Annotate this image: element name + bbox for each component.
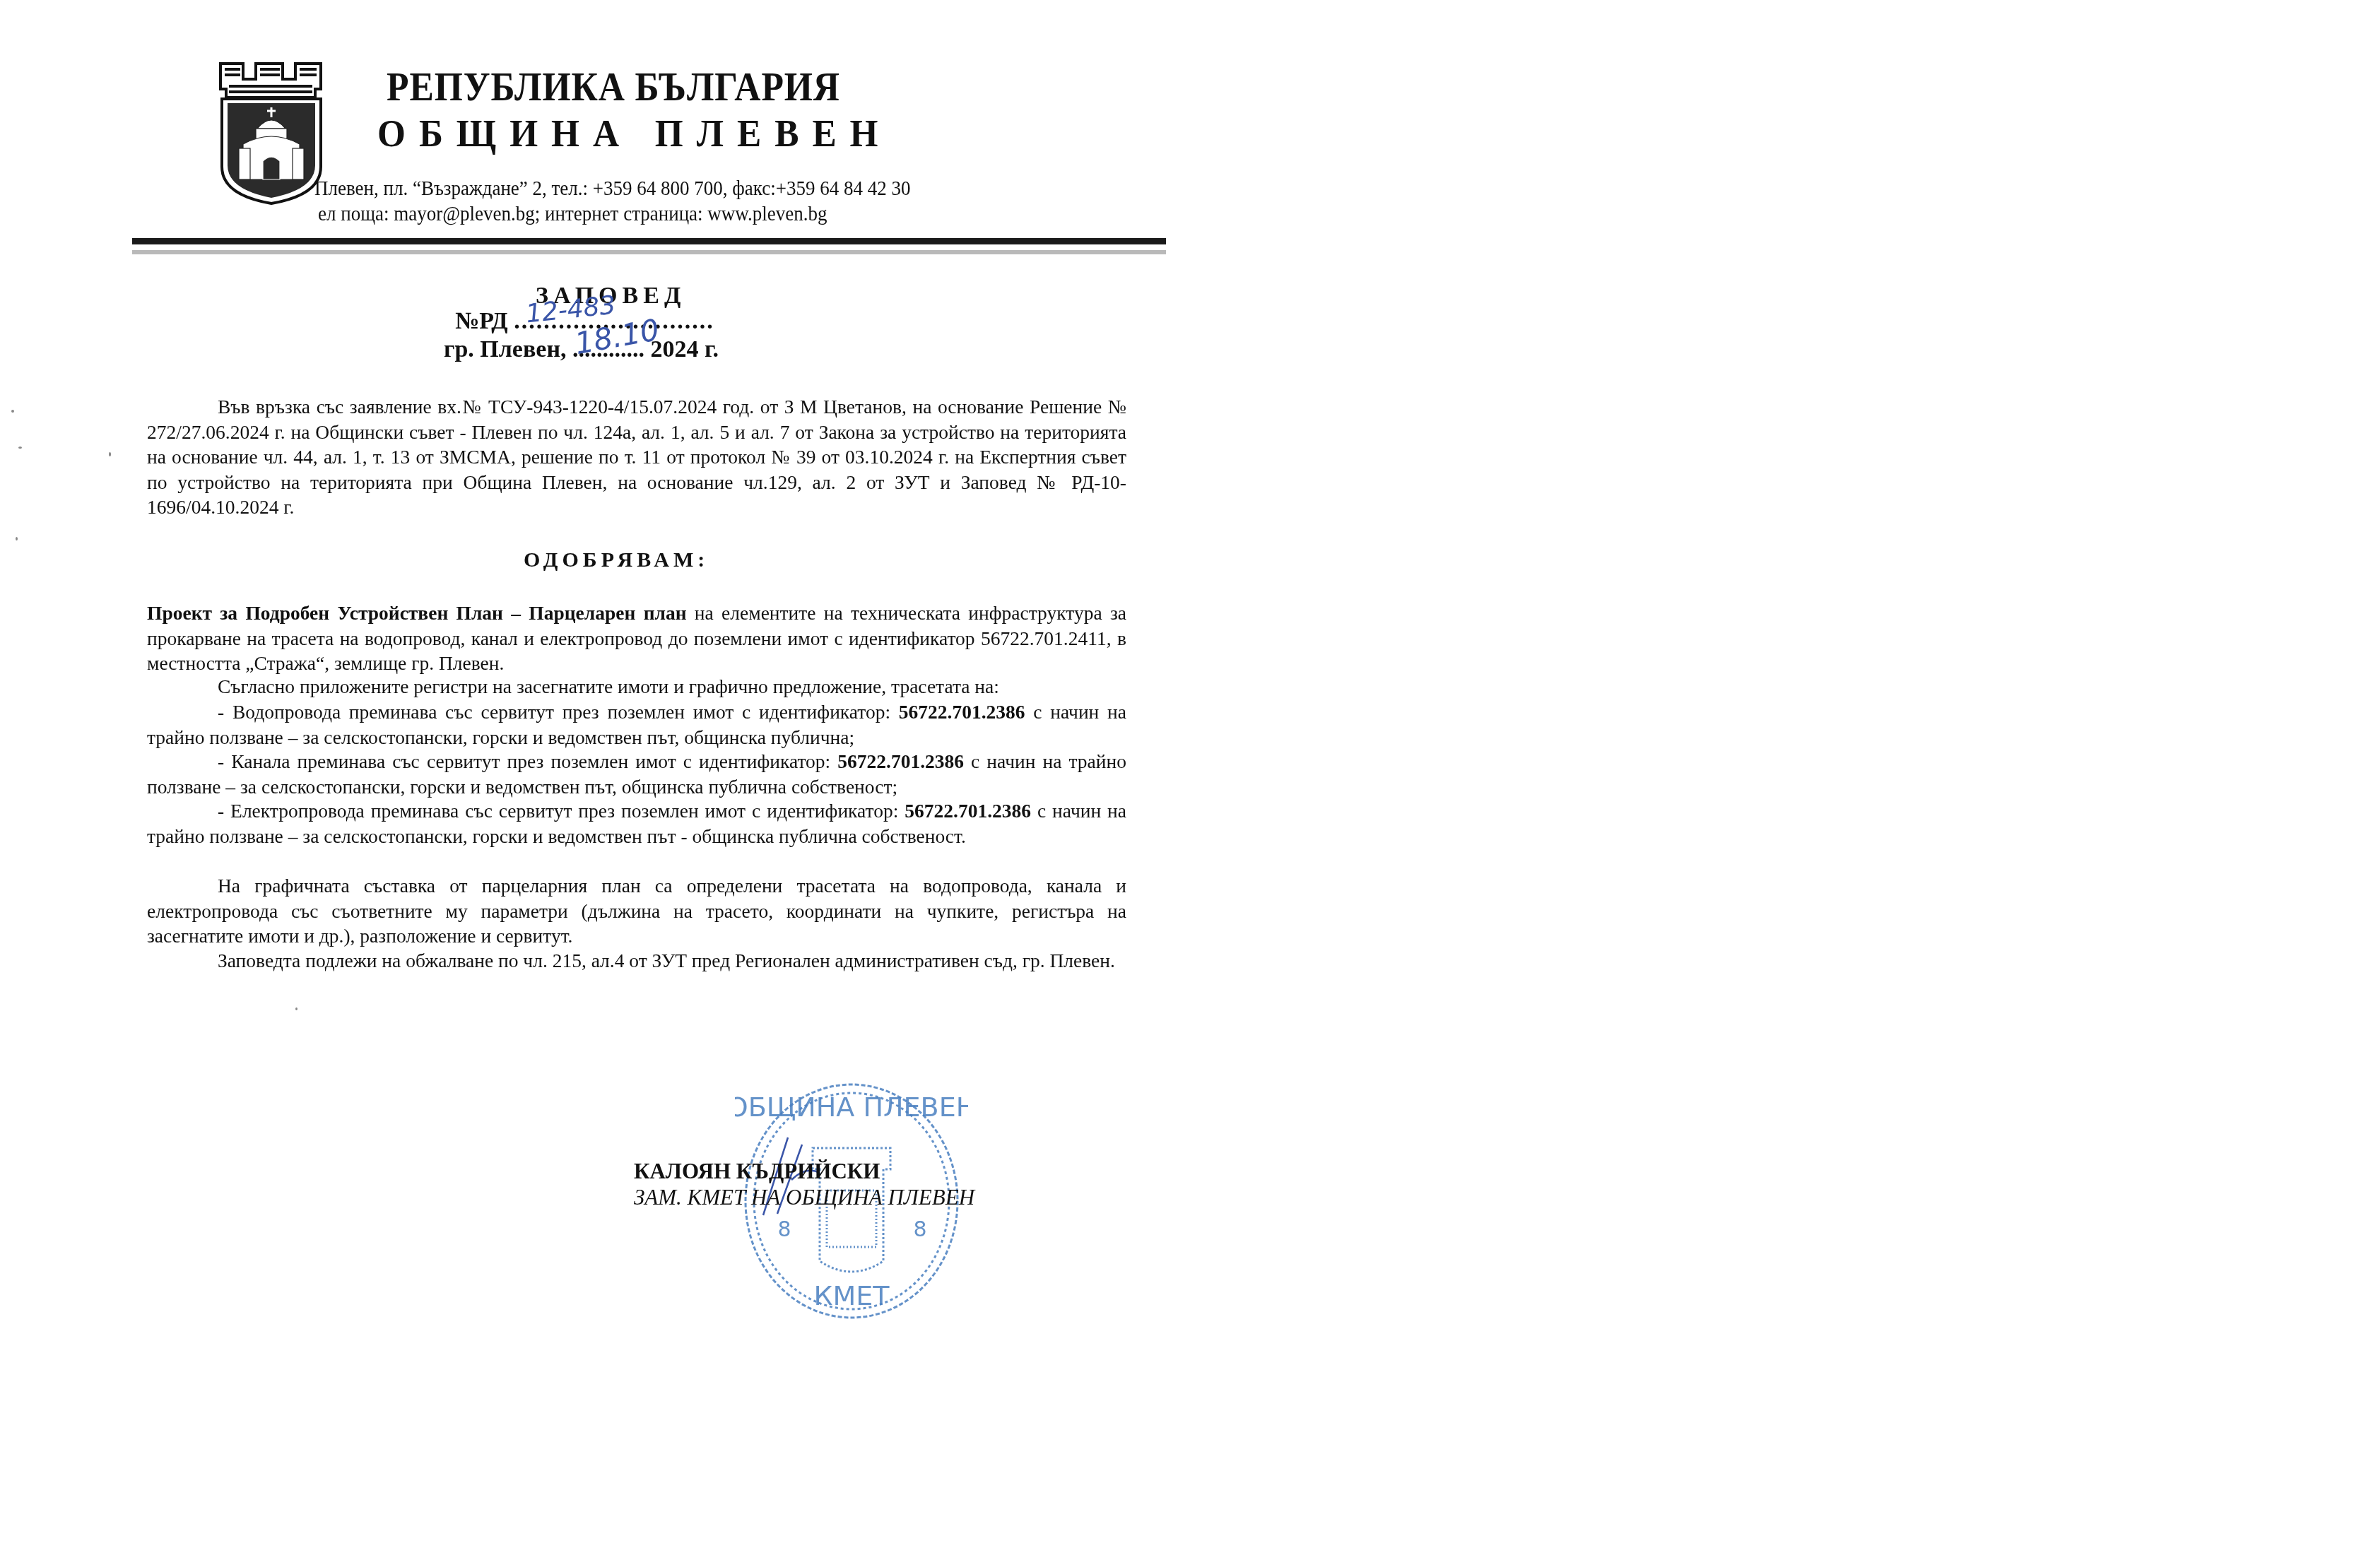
- signatory-role: ЗАМ. КМЕТ НА ОБЩИНА ПЛЕВЕН: [634, 1185, 974, 1210]
- canal-parcel-id: 56722.701.2386: [837, 750, 964, 772]
- project-paragraph: Проект за Подробен Устройствен План – Па…: [147, 601, 1126, 676]
- signatory-name: КАЛОЯН КЪДРИЙСКИ: [634, 1159, 880, 1184]
- canal-paragraph: - Канала преминава със сервитут през поз…: [147, 749, 1126, 799]
- approve-heading: ОДОБРЯВАМ:: [524, 548, 709, 572]
- scan-speck: [109, 452, 111, 456]
- header-rule-black: [132, 238, 1166, 244]
- stamp-number-right: 8: [913, 1217, 926, 1242]
- coat-of-arms-icon: [215, 61, 328, 205]
- electric-text: - Електропровода преминава със сервитут …: [218, 800, 905, 822]
- graphic-paragraph: На графичната съставка от парцеларния пл…: [147, 873, 1126, 949]
- stamp-bottom-text: КМЕТ: [814, 1280, 890, 1311]
- address-line: Плевен, пл. “Възраждане” 2, тел.: +359 6…: [314, 177, 910, 201]
- stamp-top-text: ОБЩИНА ПЛЕВЕН: [735, 1092, 968, 1123]
- place-prefix: гр. Плевен,: [444, 336, 567, 362]
- canal-text: - Канала преминава със сервитут през поз…: [218, 750, 837, 772]
- scan-speck: [16, 537, 18, 540]
- appeal-paragraph: Заповедта подлежи на обжалване по чл. 21…: [147, 948, 1126, 974]
- country-title: РЕПУБЛИКА БЪЛГАРИЯ: [387, 65, 840, 110]
- municipality-title: ОБЩИНА ПЛЕВЕН: [377, 112, 892, 155]
- order-number-prefix: №РД: [455, 308, 508, 334]
- water-text: - Водопровода преминава със сервитут пре…: [218, 701, 899, 723]
- scan-speck: [295, 1007, 297, 1010]
- water-paragraph: - Водопровода преминава със сервитут пре…: [147, 699, 1126, 750]
- electric-paragraph: - Електропровода преминава със сервитут …: [147, 798, 1126, 849]
- header-rule-gray: [132, 250, 1166, 254]
- contact-line: ел поща: mayor@pleven.bg; интернет стран…: [318, 202, 827, 226]
- project-title: Проект за Подробен Устройствен План – Па…: [147, 602, 687, 624]
- scan-speck: [11, 410, 14, 413]
- water-parcel-id: 56722.701.2386: [899, 701, 1025, 723]
- electric-parcel-id: 56722.701.2386: [905, 800, 1031, 822]
- order-place-date: гр. Плевен, ............ 2024 г. 18.10: [444, 336, 719, 363]
- intro-paragraph: Във връзка със заявление вх.№ ТСУ-943-12…: [147, 394, 1126, 520]
- registers-paragraph: Съгласно приложените регистри на засегна…: [147, 674, 1126, 699]
- scan-speck: [18, 447, 22, 449]
